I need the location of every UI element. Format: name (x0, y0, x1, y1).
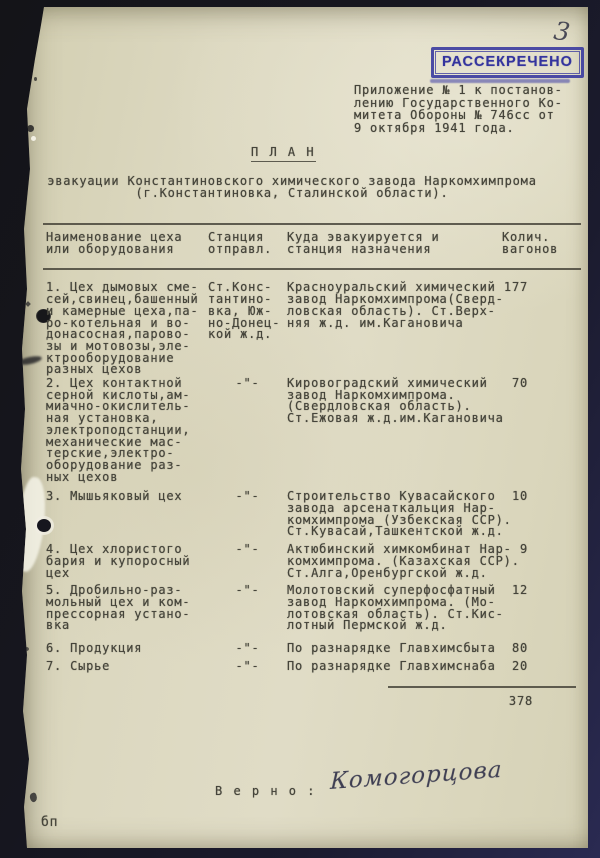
table-row: 2. Цех контактной серной кислоты,ам- миа… (43, 378, 581, 483)
paper-hole (27, 125, 34, 132)
ink-speck (24, 647, 29, 651)
table-row: 5. Дробильно-раз- мольный цех и ком- пре… (43, 585, 581, 632)
paper-hole (24, 45, 29, 50)
cell-station: -"- (208, 544, 287, 579)
paper-hole (34, 77, 37, 81)
edge-smudge (18, 355, 43, 367)
cell-destination: Молотовский суперфосфатный завод Наркомх… (287, 585, 502, 632)
header-cell-wagons: Колич. вагонов (502, 232, 584, 255)
cell-station: -"- (208, 491, 287, 538)
table-row: 4. Цех хлористого бария и купоросный цех… (43, 544, 581, 579)
cell-name: 7. Сырье (46, 661, 208, 673)
table-row: 7. Сырье -"- По разнарядке Главхимснаба … (43, 661, 581, 673)
cell-wagons: 12 (502, 585, 584, 632)
page-number-handwritten: 3 (552, 16, 572, 47)
header-cell-name: Наименование цеха или оборудования (46, 232, 208, 255)
cell-station: -"- (208, 661, 287, 673)
table-body: 1. Цех дымовых сме- сей,свинец,башенный … (43, 270, 581, 672)
cell-wagons: 80 (502, 643, 584, 655)
cell-destination: Красноуральский химический завод Наркомх… (287, 282, 502, 376)
cell-destination: Строительство Кувасайского завода арсена… (287, 491, 502, 538)
cell-station: -"- (208, 585, 287, 632)
cell-destination: По разнарядке Главхимсбыта (287, 643, 502, 655)
cell-wagons: 177 (502, 282, 584, 376)
scanned-archival-document: { "document": { "page_number": "3", "sta… (0, 0, 600, 858)
declassified-stamp: РАССЕКРЕЧЕНО (431, 47, 584, 78)
table-row: 3. Мышьяковый цех -"- Строительство Кува… (43, 491, 581, 538)
table-header: Наименование цеха или оборудования Станц… (43, 225, 581, 270)
cell-wagons: 70 (502, 378, 584, 483)
cell-wagons: 20 (502, 661, 584, 673)
paper-sheet: 3 РАССЕКРЕЧЕНО Приложение № 1 к постанов… (18, 7, 588, 848)
archive-mark: бп (41, 817, 58, 829)
cell-wagons: 9 (502, 544, 584, 579)
table-row: 6. Продукция -"- По разнарядке Главхимсб… (43, 643, 581, 655)
cell-name: 3. Мышьяковый цех (46, 491, 208, 538)
document-subtitle: эвакуации Константиновского химического … (18, 175, 566, 200)
edge-smudge (29, 792, 39, 803)
cell-station: Ст.Конс- тантино- вка, Юж- но-Донец- кой… (208, 282, 287, 376)
cell-wagons: 10 (502, 491, 584, 538)
cell-destination: По разнарядке Главхимснаба (287, 661, 502, 673)
total-wagons: 378 (43, 688, 581, 708)
ink-speck (25, 301, 31, 307)
cell-station: -"- (208, 378, 287, 483)
cell-name: 6. Продукция (46, 643, 208, 655)
cell-station: -"- (208, 643, 287, 655)
cell-name: 4. Цех хлористого бария и купоросный цех (46, 544, 208, 579)
cell-name: 2. Цех контактной серной кислоты,ам- миа… (46, 378, 208, 483)
evacuation-table: Наименование цеха или оборудования Станц… (43, 223, 581, 707)
cell-name: 5. Дробильно-раз- мольный цех и ком- пре… (46, 585, 208, 632)
cell-destination: Актюбинский химкомбинат Нар- комхимпрома… (287, 544, 502, 579)
cell-destination: Кировоградский химический завод Наркомхи… (287, 378, 502, 483)
signature-handwritten: Комогорцова (330, 757, 503, 795)
cell-name: 1. Цех дымовых сме- сей,свинец,башенный … (46, 282, 208, 376)
header-cell-destination: Куда эвакуируется и станция назначения (287, 232, 502, 255)
header-cell-station: Станция отправл. (208, 232, 287, 255)
document-title: П Л А Н (251, 147, 316, 162)
table-row: 1. Цех дымовых сме- сей,свинец,башенный … (43, 282, 581, 376)
declassified-stamp-label: РАССЕКРЕЧЕНО (435, 51, 580, 74)
certified-label: В е р н о : (215, 786, 316, 798)
annotation-text: Приложение № 1 к постанов- лению Государ… (354, 84, 563, 134)
